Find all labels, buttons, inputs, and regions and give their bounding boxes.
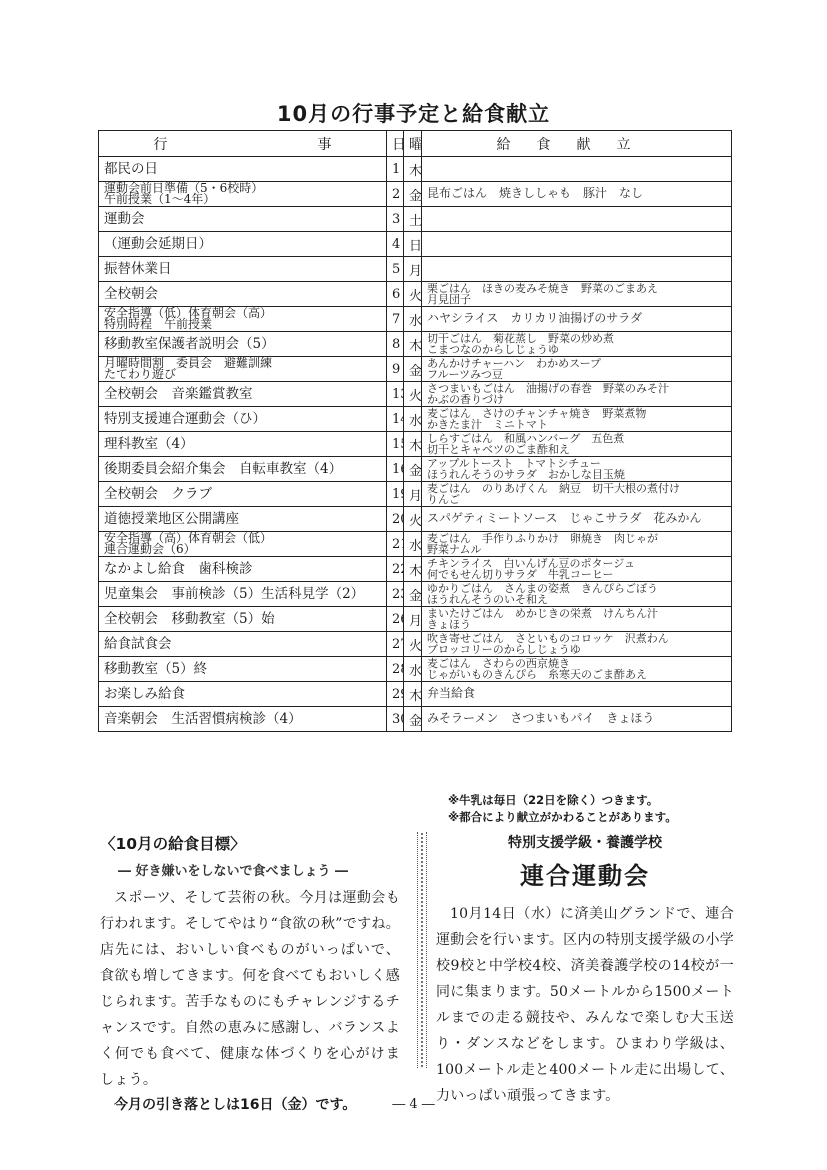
menu-line: ほうれんそうのサラダ おかしな目玉焼 — [427, 469, 726, 481]
menu-line: きょほう — [427, 619, 726, 631]
menu-line: 切干とキャベツのごま酢和え — [427, 444, 726, 456]
menu-cell: 麦ごはん のりあげくん 納豆 切干大根の煮付けりんご — [422, 482, 732, 507]
menu-line: ハヤシライス カリカリ油揚げのサラダ — [427, 313, 726, 325]
event-cell: 都民の日 — [99, 157, 387, 182]
event-line: 運動会 — [104, 212, 381, 226]
weekday-cell: 月 — [404, 482, 422, 507]
table-row: 全校朝会 音楽鑑賞教室13火さつまいもごはん 油揚げの春巻 野菜のみそ汁かぶの香… — [99, 382, 732, 407]
event-line: 移動教室保護者説明会（5） — [104, 337, 381, 351]
menu-cell: アップルトースト トマトシチューほうれんそうのサラダ おかしな目玉焼 — [422, 457, 732, 482]
menu-cell — [422, 157, 732, 182]
menu-cell — [422, 257, 732, 282]
weekday-cell: 木 — [404, 432, 422, 457]
event-line: 給食試食会 — [104, 637, 381, 651]
table-row: 児童集会 事前検診（5）生活科見学（2）23金ゆかりごはん さんまの姿煮 きんぴ… — [99, 582, 732, 607]
weekday-cell: 木 — [404, 557, 422, 582]
table-row: 移動教室（5）終28水麦ごはん さわらの西京焼きじゃがいものきんぴら 糸寒天のご… — [99, 657, 732, 682]
table-row: 後期委員会紹介集会 自転車教室（4）16金アップルトースト トマトシチューほうれ… — [99, 457, 732, 482]
event-line: 全校朝会 移動教室（5）始 — [104, 612, 381, 626]
event-line: 振替休業日 — [104, 262, 381, 276]
day-cell: 16 — [387, 457, 404, 482]
event-line: 理科教室（4） — [104, 437, 381, 451]
weekday-cell: 水 — [404, 307, 422, 332]
menu-line: まいたけごはん めかじきの栄煮 けんちん汁 — [427, 608, 726, 620]
menu-line: 栗ごはん ほきの麦みそ焼き 野菜のごまあえ — [427, 283, 726, 295]
weekday-cell: 金 — [404, 707, 422, 732]
event-line: 音楽朝会 生活習慣病検診（4） — [104, 712, 381, 726]
event-line: お楽しみ給食 — [104, 687, 381, 701]
event-line: 全校朝会 クラブ — [104, 487, 381, 501]
menu-line: 昆布ごはん 焼きししゃも 豚汁 なし — [427, 188, 726, 200]
schedule-table: 行事 日 曜 給食献立 都民の日1木運動会前日準備（5・6校時）午前授業（1～4… — [98, 130, 732, 732]
menu-line: じゃがいものきんぴら 糸寒天のごま酢あえ — [427, 669, 726, 681]
article-body: 10月14日（水）に済美山グランドで、連合運動会を行います。区内の特別支援学級の… — [436, 901, 734, 1109]
weekday-cell: 月 — [404, 257, 422, 282]
menu-cell: 麦ごはん さわらの西京焼きじゃがいものきんぴら 糸寒天のごま酢あえ — [422, 657, 732, 682]
event-cell: 移動教室保護者説明会（5） — [99, 332, 387, 357]
weekday-cell: 金 — [404, 182, 422, 207]
day-cell: 6 — [387, 282, 404, 307]
header-day: 日 — [387, 131, 404, 157]
weekday-cell: 金 — [404, 582, 422, 607]
page-number: ― 4 ― — [0, 1097, 827, 1112]
event-line: 全校朝会 — [104, 287, 381, 301]
event-line: （運動会延期日） — [104, 237, 381, 251]
event-cell: 振替休業日 — [99, 257, 387, 282]
day-cell: 23 — [387, 582, 404, 607]
event-line: たてわり遊び — [104, 369, 381, 381]
event-cell: 道徳授業地区公開講座 — [99, 507, 387, 532]
day-cell: 9 — [387, 357, 404, 382]
table-row: 音楽朝会 生活習慣病検診（4）30金みそラーメン さつまいもパイ きょほう — [99, 707, 732, 732]
table-row: 給食試食会27火吹き寄せごはん さといものコロッケ 沢煮わんブロッコリーのからし… — [99, 632, 732, 657]
table-row: （運動会延期日）4日 — [99, 232, 732, 257]
table-header-row: 行事 日 曜 給食献立 — [99, 131, 732, 157]
day-cell: 15 — [387, 432, 404, 457]
event-cell: 全校朝会 移動教室（5）始 — [99, 607, 387, 632]
table-row: 移動教室保護者説明会（5）8木切干ごはん 菊花蒸し 野菜の炒め煮こまつなのからし… — [99, 332, 732, 357]
menu-cell: 切干ごはん 菊花蒸し 野菜の炒め煮こまつなのからしじょうゆ — [422, 332, 732, 357]
menu-line: 月見団子 — [427, 294, 726, 306]
event-cell: 月曜時間割 委員会 避難訓練たてわり遊び — [99, 357, 387, 382]
weekday-cell: 火 — [404, 507, 422, 532]
weekday-cell: 水 — [404, 657, 422, 682]
menu-cell: あんかけチャーハン わかめスープフルーツみつ豆 — [422, 357, 732, 382]
event-cell: 安全指導（高）体育朝会（低）連合運動会（6） — [99, 532, 387, 557]
event-line: 児童集会 事前検診（5）生活科見学（2） — [104, 587, 381, 601]
event-line: 午前授業（1～4年） — [104, 194, 381, 206]
weekday-cell: 木 — [404, 157, 422, 182]
weekday-cell: 木 — [404, 332, 422, 357]
day-cell: 8 — [387, 332, 404, 357]
event-cell: 全校朝会 音楽鑑賞教室 — [99, 382, 387, 407]
note-milk: ※牛乳は毎日（22日を除く）つきます。 — [448, 792, 677, 809]
article-title: 連合運動会 — [436, 856, 734, 891]
sports-day-article: 特別支援学級・養護学校 連合運動会 10月14日（水）に済美山グランドで、連合運… — [436, 832, 734, 1109]
menu-cell: 麦ごはん 手作りふりかけ 卵焼き 肉じゃが野菜ナムル — [422, 532, 732, 557]
menu-cell: チキンライス 白いんげん豆のポタージュ何でもせん切りサラダ 牛乳コーヒー — [422, 557, 732, 582]
day-cell: 28 — [387, 657, 404, 682]
event-line: 全校朝会 音楽鑑賞教室 — [104, 387, 381, 401]
table-row: お楽しみ給食29木弁当給食 — [99, 682, 732, 707]
table-row: 運動会3土 — [99, 207, 732, 232]
day-cell: 3 — [387, 207, 404, 232]
event-cell: 全校朝会 クラブ — [99, 482, 387, 507]
table-row: 理科教室（4）15木しらすごはん 和風ハンバーグ 五色煮切干とキャベツのごま酢和… — [99, 432, 732, 457]
day-cell: 30 — [387, 707, 404, 732]
weekday-cell: 日 — [404, 232, 422, 257]
event-line: 特別時程 午前授業 — [104, 319, 381, 331]
event-line: 道徳授業地区公開講座 — [104, 512, 381, 526]
article-subheading: 特別支援学級・養護学校 — [436, 832, 734, 852]
day-cell: 27 — [387, 632, 404, 657]
menu-line: ほうれんそうのいそ和え — [427, 594, 726, 606]
event-cell: 理科教室（4） — [99, 432, 387, 457]
weekday-cell: 木 — [404, 682, 422, 707]
menu-cell: まいたけごはん めかじきの栄煮 けんちん汁きょほう — [422, 607, 732, 632]
day-cell: 19 — [387, 482, 404, 507]
menu-cell — [422, 207, 732, 232]
menu-cell: ゆかりごはん さんまの姿煮 きんぴらごぼうほうれんそうのいそ和え — [422, 582, 732, 607]
weekday-cell: 土 — [404, 207, 422, 232]
header-menu: 給食献立 — [422, 131, 732, 157]
day-cell: 14 — [387, 407, 404, 432]
header-event: 行事 — [99, 131, 387, 157]
menu-cell: 麦ごはん さけのチャンチャ焼き 野菜煮物かきたま汁 ミニトマト — [422, 407, 732, 432]
event-cell: （運動会延期日） — [99, 232, 387, 257]
weekday-cell: 金 — [404, 457, 422, 482]
event-cell: 音楽朝会 生活習慣病検診（4） — [99, 707, 387, 732]
day-cell: 29 — [387, 682, 404, 707]
event-line: 後期委員会紹介集会 自転車教室（4） — [104, 462, 381, 476]
event-line: なかよし給食 歯科検診 — [104, 562, 381, 576]
weekday-cell: 水 — [404, 532, 422, 557]
event-line: 特別支援連合運動会（ひ） — [104, 412, 381, 426]
event-line: 都民の日 — [104, 162, 381, 176]
lunch-goal-section: 〈10月の給食目標〉 ― 好き嫌いをしないで食べましょう ― スポーツ、そして芸… — [100, 832, 400, 1117]
page-title: 10月の行事予定と給食献立 — [0, 98, 827, 128]
weekday-cell: 水 — [404, 407, 422, 432]
weekday-cell: 月 — [404, 607, 422, 632]
table-row: 振替休業日5月 — [99, 257, 732, 282]
menu-line: ブロッコリーのからしじょうゆ — [427, 644, 726, 656]
table-row: 安全指導（低）体育朝会（高）特別時程 午前授業7水ハヤシライス カリカリ油揚げの… — [99, 307, 732, 332]
table-row: 安全指導（高）体育朝会（低）連合運動会（6）21水麦ごはん 手作りふりかけ 卵焼… — [99, 532, 732, 557]
day-cell: 5 — [387, 257, 404, 282]
event-cell: 安全指導（低）体育朝会（高）特別時程 午前授業 — [99, 307, 387, 332]
menu-cell: 吹き寄せごはん さといものコロッケ 沢煮わんブロッコリーのからしじょうゆ — [422, 632, 732, 657]
menu-cell: しらすごはん 和風ハンバーグ 五色煮切干とキャベツのごま酢和え — [422, 432, 732, 457]
menu-line: かぶの香りづけ — [427, 394, 726, 406]
menu-cell: 栗ごはん ほきの麦みそ焼き 野菜のごまあえ月見団子 — [422, 282, 732, 307]
event-cell: 運動会前日準備（5・6校時）午前授業（1～4年） — [99, 182, 387, 207]
note-menu-change: ※都合により献立がかわることがあります。 — [448, 809, 677, 826]
star-divider — [417, 832, 427, 1068]
menu-line: みそラーメン さつまいもパイ きょほう — [427, 713, 726, 725]
weekday-cell: 金 — [404, 357, 422, 382]
menu-cell: みそラーメン さつまいもパイ きょほう — [422, 707, 732, 732]
table-row: なかよし給食 歯科検診22木チキンライス 白いんげん豆のポタージュ何でもせん切り… — [99, 557, 732, 582]
menu-notes: ※牛乳は毎日（22日を除く）つきます。 ※都合により献立がかわることがあります。 — [448, 792, 677, 826]
day-cell: 22 — [387, 557, 404, 582]
menu-cell: ハヤシライス カリカリ油揚げのサラダ — [422, 307, 732, 332]
menu-line: かきたま汁 ミニトマト — [427, 419, 726, 431]
menu-cell: スパゲティミートソース じゃこサラダ 花みかん — [422, 507, 732, 532]
day-cell: 1 — [387, 157, 404, 182]
weekday-cell: 火 — [404, 282, 422, 307]
event-cell: 給食試食会 — [99, 632, 387, 657]
day-cell: 2 — [387, 182, 404, 207]
event-cell: 移動教室（5）終 — [99, 657, 387, 682]
goal-heading: 〈10月の給食目標〉 — [100, 832, 400, 854]
goal-body: スポーツ、そして芸術の秋。今月は運動会も行われます。そしてやはり“食欲の秋”です… — [100, 885, 400, 1093]
table-row: 月曜時間割 委員会 避難訓練たてわり遊び9金あんかけチャーハン わかめスープフル… — [99, 357, 732, 382]
menu-cell: 弁当給食 — [422, 682, 732, 707]
header-weekday: 曜 — [404, 131, 422, 157]
menu-line: フルーツみつ豆 — [427, 369, 726, 381]
table-row: 特別支援連合運動会（ひ）14水麦ごはん さけのチャンチャ焼き 野菜煮物かきたま汁… — [99, 407, 732, 432]
event-cell: 特別支援連合運動会（ひ） — [99, 407, 387, 432]
event-cell: 全校朝会 — [99, 282, 387, 307]
menu-cell: 昆布ごはん 焼きししゃも 豚汁 なし — [422, 182, 732, 207]
day-cell: 20 — [387, 507, 404, 532]
table-row: 全校朝会 移動教室（5）始26月まいたけごはん めかじきの栄煮 けんちん汁きょほ… — [99, 607, 732, 632]
day-cell: 13 — [387, 382, 404, 407]
event-cell: お楽しみ給食 — [99, 682, 387, 707]
menu-line: 弁当給食 — [427, 688, 726, 700]
event-cell: なかよし給食 歯科検診 — [99, 557, 387, 582]
menu-line: 何でもせん切りサラダ 牛乳コーヒー — [427, 569, 726, 581]
menu-line: 麦ごはん のりあげくん 納豆 切干大根の煮付け — [427, 483, 726, 495]
table-row: 道徳授業地区公開講座20火スパゲティミートソース じゃこサラダ 花みかん — [99, 507, 732, 532]
day-cell: 21 — [387, 532, 404, 557]
table-row: 全校朝会 クラブ19月麦ごはん のりあげくん 納豆 切干大根の煮付けりんご — [99, 482, 732, 507]
menu-line: りんご — [427, 494, 726, 506]
weekday-cell: 火 — [404, 382, 422, 407]
day-cell: 4 — [387, 232, 404, 257]
event-cell: 運動会 — [99, 207, 387, 232]
day-cell: 26 — [387, 607, 404, 632]
table-row: 全校朝会6火栗ごはん ほきの麦みそ焼き 野菜のごまあえ月見団子 — [99, 282, 732, 307]
weekday-cell: 火 — [404, 632, 422, 657]
menu-cell: さつまいもごはん 油揚げの春巻 野菜のみそ汁かぶの香りづけ — [422, 382, 732, 407]
table-row: 都民の日1木 — [99, 157, 732, 182]
menu-line: 野菜ナムル — [427, 544, 726, 556]
event-cell: 後期委員会紹介集会 自転車教室（4） — [99, 457, 387, 482]
event-cell: 児童集会 事前検診（5）生活科見学（2） — [99, 582, 387, 607]
table-row: 運動会前日準備（5・6校時）午前授業（1～4年）2金昆布ごはん 焼きししゃも 豚… — [99, 182, 732, 207]
menu-cell — [422, 232, 732, 257]
event-line: 移動教室（5）終 — [104, 662, 381, 676]
goal-subheading: ― 好き嫌いをしないで食べましょう ― — [118, 860, 400, 879]
menu-line: こまつなのからしじょうゆ — [427, 344, 726, 356]
day-cell: 7 — [387, 307, 404, 332]
menu-line: スパゲティミートソース じゃこサラダ 花みかん — [427, 513, 726, 525]
event-line: 連合運動会（6） — [104, 544, 381, 556]
